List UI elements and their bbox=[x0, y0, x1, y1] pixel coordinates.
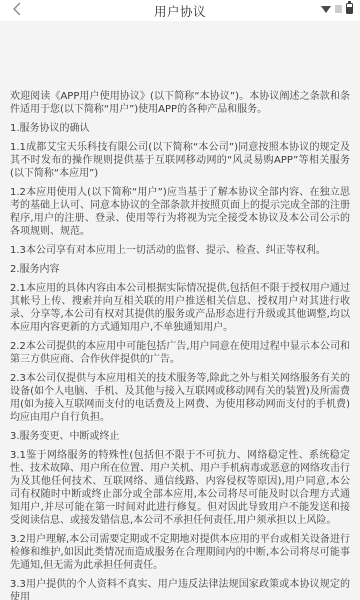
battery-icon bbox=[346, 3, 353, 14]
status-bar-icons bbox=[321, 3, 353, 14]
user-agreement-screen: 用户协议 欢迎阅读《APP用户使用协议》(以下简称“本协议”)。本协议阐述之条款… bbox=[0, 0, 360, 600]
back-button[interactable] bbox=[6, 0, 26, 21]
sim-icon bbox=[335, 5, 342, 13]
section-3-heading: 3.服务变更、中断或终止 bbox=[10, 430, 350, 443]
clause-3-1: 3.1鉴于网络服务的特殊性(包括但不限于不可抗力、网络稳定性、系统稳定性、技术故… bbox=[10, 449, 350, 527]
clause-3-3-clipped: 3.3用户提供的个人资料不真实、用户违反法律法规国家政策或本协议规定的使用 bbox=[10, 578, 350, 600]
clause-1-1: 1.1成都艾宝天乐科技有限公司(以下简称“本公司”)同意按照本协议的规定及其不时… bbox=[10, 141, 350, 180]
wifi-icon bbox=[321, 6, 331, 13]
clause-2-2: 2.2本公司提供的本应用中可能包括广告,用户同意在使用过程中显示本公司和第三方供… bbox=[10, 340, 350, 366]
clause-1-2: 1.2本应用使用人(以下简称“用户”)应当基于了解本协议全部内容、在独立思考的基… bbox=[10, 186, 350, 238]
back-chevron-icon bbox=[12, 1, 21, 20]
clause-2-3: 2.3本公司仅提供与本应用相关的技术服务等,除此之外与相关网络服务有关的设备(如… bbox=[10, 372, 350, 424]
nav-bar: 用户协议 bbox=[0, 0, 360, 21]
section-2-heading: 2.服务内容 bbox=[10, 263, 350, 276]
agreement-scroll-area[interactable]: 欢迎阅读《APP用户使用协议》(以下简称“本协议”)。本协议阐述之条款和条件适用… bbox=[0, 21, 360, 600]
clause-2-1: 2.1本应用的具体内容由本公司根据实际情况提供,包括但不限于授权用户通过其帐号上… bbox=[10, 282, 350, 334]
clause-1-3: 1.3本公司享有对本应用上一切活动的监督、提示、检查、纠正等权利。 bbox=[10, 244, 350, 257]
agreement-intro: 欢迎阅读《APP用户使用协议》(以下简称“本协议”)。本协议阐述之条款和条件适用… bbox=[10, 90, 350, 116]
page-title: 用户协议 bbox=[154, 2, 206, 20]
clause-3-2: 3.2用户理解,本公司需要定期或不定期地对提供本应用的平台或相关设备进行检修和维… bbox=[10, 533, 350, 572]
section-1-heading: 1.服务协议的确认 bbox=[10, 122, 350, 135]
